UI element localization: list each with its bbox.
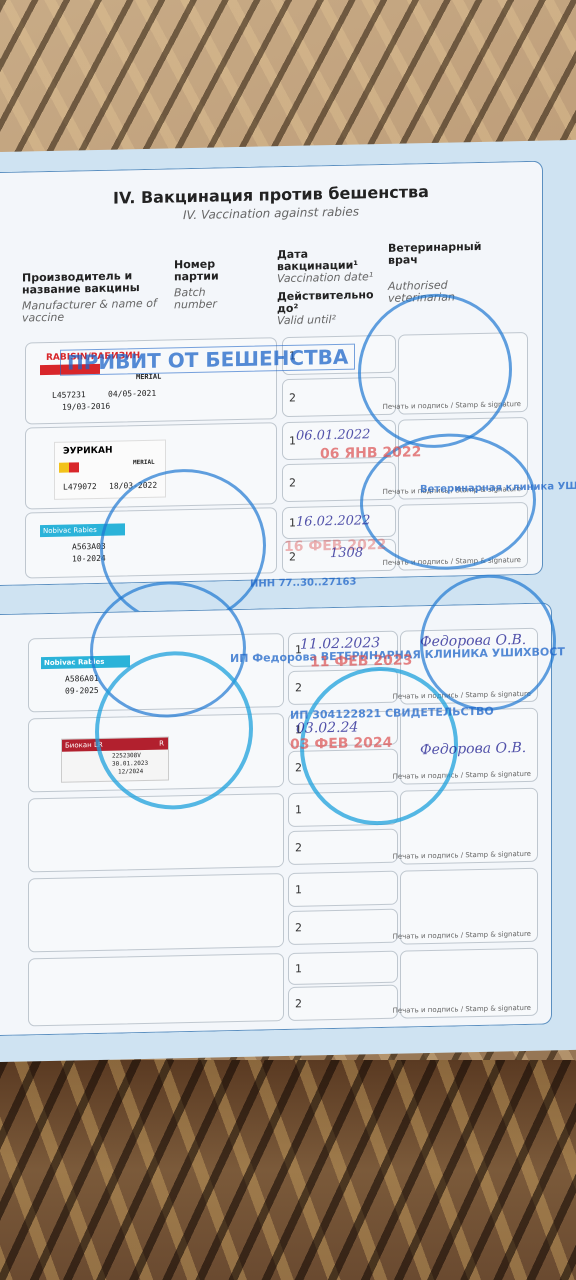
carpet-background [0,1060,576,1280]
passport-page-bottom: Nobivac Rabies A586A01 09-2025 1 2 Печат… [0,602,552,1036]
date-field-2[interactable]: 2 [288,749,398,785]
date-field-2[interactable]: 2 [288,829,398,865]
date-field-1[interactable]: 1 [288,791,398,827]
date-field-1[interactable]: 1 [282,420,396,460]
date-field-1[interactable]: 1 [288,871,398,907]
sticker-red-band [40,364,100,375]
sticker-eurican: ЭУРИКАН MERIAL L479072 18/03-2022 [54,440,166,500]
date-field-1[interactable]: 1 [288,711,398,747]
vaccine-sticker-slot [28,793,284,872]
col-header-manufacturer: Производитель и название вакцины Manufac… [22,270,162,325]
vaccine-sticker-slot: Nobivac Rabies A563A03 10-2024 [25,507,277,578]
stamp-signature-box: Печать и подпись / Stamp & signature [400,628,538,705]
col-header-vet: Ветеринарный врач Authorised veterinaria… [388,241,498,305]
section-title: IV. Вакцинация против бешенства IV. Vacc… [0,162,542,226]
date-field-2[interactable]: 2 [282,462,396,502]
vaccine-sticker-slot [28,873,284,952]
date-field-2[interactable]: 2 [288,669,398,705]
sticker-rabisin: RABISIN/РАБИЗИН [46,351,140,363]
stamp-signature-box: Печать и подпись / Stamp & signature [398,502,528,571]
stamp-signature-box: Печать и подпись / Stamp & signature [400,788,538,865]
date-field-1[interactable]: 1 [282,335,396,375]
stamp-signature-box: Печать и подпись / Stamp & signature [398,332,528,415]
date-field-2[interactable]: 2 [282,539,396,573]
date-field-1[interactable]: 1 [282,505,396,539]
sticker-nobivac: Nobivac Rabies [40,523,125,537]
col-header-dates: Дата вакцинации¹ Vaccination date¹ Дейст… [277,247,387,327]
vaccine-sticker-slot [28,953,284,1026]
stamp-signature-box: Печать и подпись / Stamp & signature [400,948,538,1019]
sticker-biokan: Биокан LR R 2252308V 30.01.2023 12/2024 [61,736,169,782]
date-field-1[interactable]: 1 [288,951,398,985]
vaccine-sticker-slot: Nobivac Rabies A586A01 09-2025 [28,633,284,712]
date-field-1[interactable]: 1 [288,631,398,667]
passport-page-top: IV. Вакцинация против бешенства IV. Vacc… [0,161,543,586]
vaccine-sticker-slot: RABISIN/РАБИЗИН MERIAL L457231 04/05-202… [25,337,277,424]
vaccine-sticker-slot: ЭУРИКАН MERIAL L479072 18/03-2022 [25,422,277,509]
stamp-signature-box: Печать и подпись / Stamp & signature [398,417,528,500]
stamp-signature-box: Печать и подпись / Stamp & signature [400,708,538,785]
vaccine-sticker-slot: Биокан LR R 2252308V 30.01.2023 12/2024 [28,713,284,792]
sticker-nobivac: Nobivac Rabies [41,655,130,669]
col-header-batch: Номер партии Batch number [174,258,234,311]
stamp-signature-box: Печать и подпись / Stamp & signature [400,868,538,945]
pet-passport-booklet: IV. Вакцинация против бешенства IV. Vacc… [0,140,576,1062]
date-field-2[interactable]: 2 [282,377,396,417]
date-field-2[interactable]: 2 [288,909,398,945]
date-field-2[interactable]: 2 [288,985,398,1021]
